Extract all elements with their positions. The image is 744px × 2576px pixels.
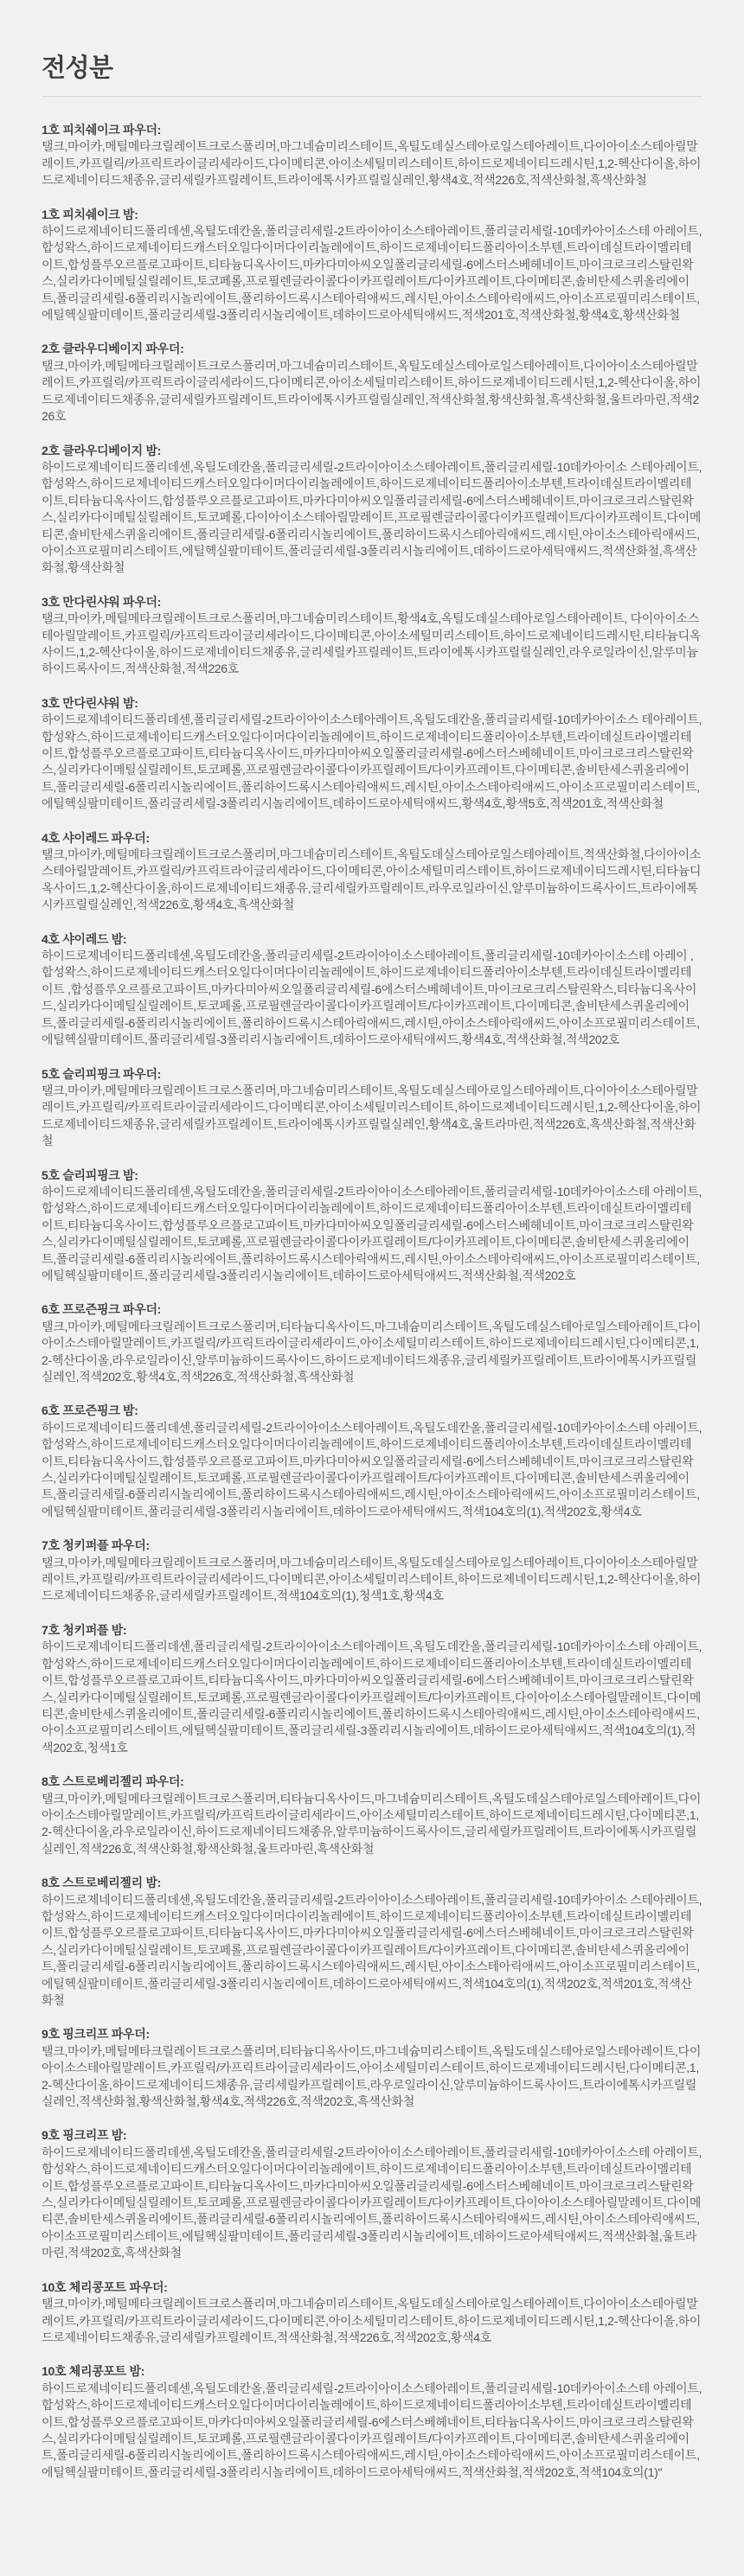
ingredient-section: 8호 스트로베리젤리 파우더:탤크,마이카,메틸메타크릴레이트크로스폴리머,티타… (42, 1774, 702, 1857)
section-ingredients: 하이드로제네이티드폴리데센,옥틸도데칸올,폴리글리세릴-2트라이아이소스테아레이… (42, 459, 702, 577)
section-heading: 2호 클라우디베이지 밤: (42, 443, 702, 459)
section-heading: 5호 슬리피핑크 밤: (42, 1167, 702, 1184)
section-heading: 6호 프로즌핑크 밤: (42, 1403, 702, 1419)
section-ingredients: 하이드로제네이티드폴리데센,옥틸도데칸올,폴리글리세릴-2트라이아이소스테아레이… (42, 1184, 702, 1284)
section-heading: 6호 프로즌핑크 파우더: (42, 1301, 702, 1318)
section-heading: 1호 피치쉐이크 파우더: (42, 122, 702, 138)
section-heading: 1호 피치쉐이크 밤: (42, 207, 702, 223)
ingredient-section: 7호 청키퍼플 밤:하이드로제네이티드폴리데센,폴리글리세릴-2트라이아이소스테… (42, 1622, 702, 1756)
section-ingredients: 하이드로제네이티드폴리데센,폴리글리세릴-2트라이아이소스테아레이트,옥틸도데칸… (42, 1420, 702, 1520)
ingredient-section: 8호 스트로베리젤리 밤:하이드로제네이티드폴리데센,옥틸도데칸올,폴리글리세릴… (42, 1875, 702, 2009)
section-ingredients: 탤크,마이카,메틸메타크릴레이트크로스폴리머,마그네슘미리스테이트,옥틸도데실스… (42, 1083, 702, 1150)
ingredient-section: 3호 만다린샤워 파우더:탤크,마이카,메틸메타크릴레이트크로스폴리머,마그네슘… (42, 594, 702, 678)
ingredient-section: 10호 체리콩포트 밤:하이드로제네이티드폴리데센,옥틸도데칸올,폴리글리세릴-… (42, 2363, 702, 2481)
ingredient-section: 7호 청키퍼플 파우더:탤크,마이카,메틸메타크릴레이트크로스폴리머,마그네슘미… (42, 1537, 702, 1605)
section-ingredients: 하이드로제네이티드폴리데센,옥틸도데칸올,폴리글리세릴-2트라이아이소스테아레이… (42, 2145, 702, 2262)
ingredient-section: 5호 슬리피핑크 파우더:탤크,마이카,메틸메타크릴레이트크로스폴리머,마그네슘… (42, 1066, 702, 1150)
section-ingredients: 하이드로제네이티드폴리데센,옥틸도데칸올,폴리글리세릴-2트라이아이소스테아레이… (42, 1892, 702, 2010)
section-heading: 4호 샤이레드 밤: (42, 931, 702, 948)
section-ingredients: 탤크,마이카,메틸메타크릴레이트크로스폴리머,티타늄디옥사이드,마그네슘미리스테… (42, 1319, 702, 1386)
section-heading: 2호 클라우디베이지 파우더: (42, 341, 702, 357)
section-heading: 10호 체리콩포트 파우더: (42, 2279, 702, 2296)
ingredient-section: 3호 만다린샤워 밤:하이드로제네이티드폴리데센,폴리글리세릴-2트라이아이소스… (42, 695, 702, 813)
full-ingredients-page: 전성분 1호 피치쉐이크 파우더:탤크,마이카,메틸메타크릴레이트크로스폴리머,… (0, 0, 744, 2576)
section-ingredients: 탤크,마이카,메틸메타크릴레이트크로스폴리머,티타늄디옥사이드,마그네슘미리스테… (42, 1791, 702, 1858)
section-heading: 8호 스트로베리젤리 파우더: (42, 1774, 702, 1790)
section-heading: 3호 만다린샤워 파우더: (42, 594, 702, 610)
section-heading: 5호 슬리피핑크 파우더: (42, 1066, 702, 1083)
ingredient-section: 9호 핑크리프 파우더:탤크,마이카,메틸메타크릴레이트크로스폴리머,티타늄디옥… (42, 2026, 702, 2110)
ingredient-section: 6호 프로즌핑크 파우더:탤크,마이카,메틸메타크릴레이트크로스폴리머,티타늄디… (42, 1301, 702, 1385)
section-heading: 10호 체리콩포트 밤: (42, 2363, 702, 2380)
ingredient-section: 10호 체리콩포트 파우더:탤크,마이카,메틸메타크릴레이트크로스폴리머,마그네… (42, 2279, 702, 2347)
section-ingredients: 하이드로제네이티드폴리데센,옥틸도데칸올,폴리글리세릴-2트라이아이소스테아레이… (42, 948, 702, 1048)
ingredient-section: 2호 클라우디베이지 밤:하이드로제네이티드폴리데센,옥틸도데칸올,폴리글리세릴… (42, 443, 702, 577)
ingredient-section: 4호 샤이레드 밤:하이드로제네이티드폴리데센,옥틸도데칸올,폴리글리세릴-2트… (42, 931, 702, 1049)
section-heading: 4호 샤이레드 파우더: (42, 830, 702, 847)
section-ingredients: 탤크,마이카,메틸메타크릴레이트크로스폴리머,마그네슘미리스테이트,옥틸도데실스… (42, 847, 702, 914)
section-ingredients: 탤크,마이카,메틸메타크릴레이트크로스폴리머,마그네슘미리스테이트,옥틸도데실스… (42, 358, 702, 425)
section-ingredients: 하이드로제네이티드폴리데센,옥틸도데칸올,폴리글리세릴-2트라이아이소스테아레이… (42, 2381, 702, 2481)
section-ingredients: 탤크,마이카,메틸메타크릴레이트크로스폴리머,마그네슘미리스테이트,옥틸도데실스… (42, 138, 702, 189)
section-ingredients: 탤크,마이카,메틸메타크릴레이트크로스폴리머,마그네슘미리스테이트,옥틸도데실스… (42, 2296, 702, 2346)
section-ingredients: 하이드로제네이티드폴리데센,폴리글리세릴-2트라이아이소스테아레이트,옥틸도데칸… (42, 712, 702, 812)
section-ingredients: 하이드로제네이티드폴리데센,폴리글리세릴-2트라이아이소스테아레이트,옥틸도데칸… (42, 1639, 702, 1756)
ingredient-section: 4호 샤이레드 파우더:탤크,마이카,메틸메타크릴레이트크로스폴리머,마그네슘미… (42, 830, 702, 914)
section-heading: 7호 청키퍼플 밤: (42, 1622, 702, 1639)
section-heading: 9호 핑크리프 밤: (42, 2127, 702, 2144)
section-ingredients: 탤크,마이카,메틸메타크릴레이트크로스폴리머,티타늄디옥사이드,마그네슘미리스테… (42, 2043, 702, 2111)
ingredient-section: 5호 슬리피핑크 밤:하이드로제네이티드폴리데센,옥틸도데칸올,폴리글리세릴-2… (42, 1167, 702, 1285)
section-ingredients: 탤크,마이카,메틸메타크릴레이트크로스폴리머,마그네슘미리스테이트,옥틸도데실스… (42, 1555, 702, 1605)
section-heading: 9호 핑크리프 파우더: (42, 2026, 702, 2042)
section-ingredients: 탤크,마이카,메틸메타크릴레이트크로스폴리머,마그네슘미리스테이트,황색4호,옥… (42, 610, 702, 678)
ingredient-sections: 1호 피치쉐이크 파우더:탤크,마이카,메틸메타크릴레이트크로스폴리머,마그네슘… (42, 122, 702, 2481)
ingredient-section: 1호 피치쉐이크 밤:하이드로제네이티드폴리데센,옥틸도데칸올,폴리글리세릴-2… (42, 207, 702, 324)
ingredient-section: 1호 피치쉐이크 파우더:탤크,마이카,메틸메타크릴레이트크로스폴리머,마그네슘… (42, 122, 702, 189)
ingredient-section: 9호 핑크리프 밤:하이드로제네이티드폴리데센,옥틸도데칸올,폴리글리세릴-2트… (42, 2127, 702, 2261)
ingredient-section: 2호 클라우디베이지 파우더:탤크,마이카,메틸메타크릴레이트크로스폴리머,마그… (42, 341, 702, 425)
section-heading: 7호 청키퍼플 파우더: (42, 1537, 702, 1554)
title-divider (42, 96, 702, 97)
section-ingredients: 하이드로제네이티드폴리데센,옥틸도데칸올,폴리글리세릴-2트라이아이소스테아레이… (42, 223, 702, 323)
page-title: 전성분 (42, 54, 702, 83)
section-heading: 3호 만다린샤워 밤: (42, 695, 702, 712)
ingredient-section: 6호 프로즌핑크 밤:하이드로제네이티드폴리데센,폴리글리세릴-2트라이아이소스… (42, 1403, 702, 1520)
section-heading: 8호 스트로베리젤리 밤: (42, 1875, 702, 1891)
